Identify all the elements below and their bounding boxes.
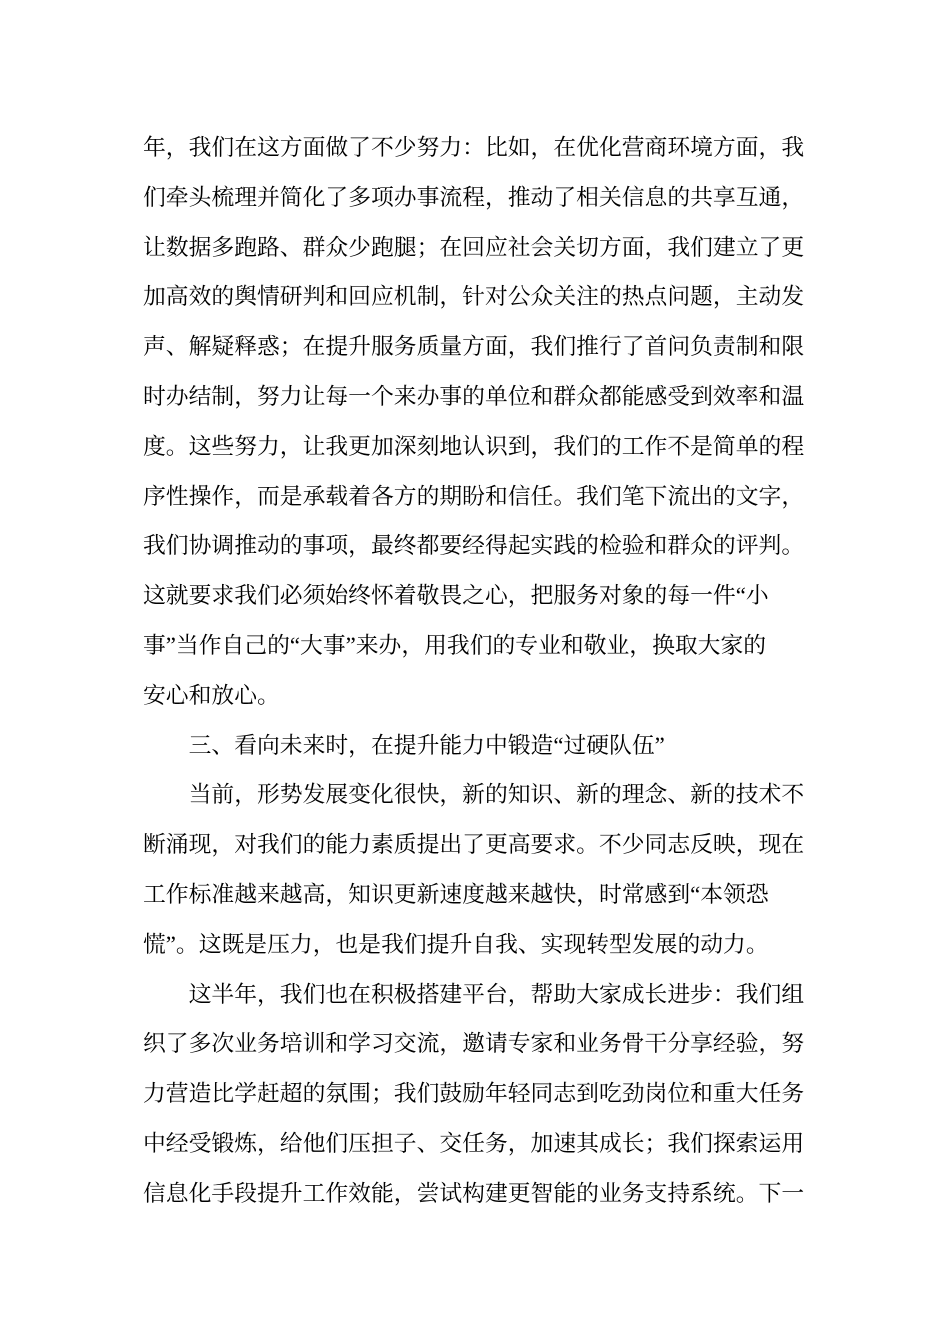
document-line: 年，我们在这方面做了不少努力：比如，在优化营商环境方面，我 bbox=[143, 123, 807, 173]
document-line: 工作标准越来越高，知识更新速度越来越快，时常感到“本领恐 bbox=[143, 870, 807, 920]
document-line: 加高效的舆情研判和回应机制，针对公众关注的热点问题，主动发 bbox=[143, 272, 807, 322]
document-line: 力营造比学赶超的氛围；我们鼓励年轻同志到吃劲岗位和重大任务 bbox=[143, 1069, 807, 1119]
document-line: 这就要求我们必须始终怀着敬畏之心，把服务对象的每一件“小 bbox=[143, 571, 807, 621]
document-line: 事”当作自己的“大事”来办，用我们的专业和敬业，换取大家的 bbox=[143, 621, 807, 671]
document-line: 织了多次业务培训和学习交流，邀请专家和业务骨干分享经验，努 bbox=[143, 1019, 807, 1069]
document-line: 中经受锻炼，给他们压担子、交任务，加速其成长；我们探索运用 bbox=[143, 1119, 807, 1169]
document-page: 年，我们在这方面做了不少努力：比如，在优化营商环境方面，我 们牵头梳理并简化了多… bbox=[0, 0, 950, 1344]
document-line: 们牵头梳理并简化了多项办事流程，推动了相关信息的共享互通， bbox=[143, 173, 807, 223]
document-body: 年，我们在这方面做了不少努力：比如，在优化营商环境方面，我 们牵头梳理并简化了多… bbox=[143, 123, 807, 1219]
document-line: 信息化手段提升工作效能，尝试构建更智能的业务支持系统。下一 bbox=[143, 1169, 807, 1219]
document-line: 序性操作，而是承载着各方的期盼和信任。我们笔下流出的文字， bbox=[143, 472, 807, 522]
document-line: 让数据多跑路、群众少跑腿；在回应社会关切方面，我们建立了更 bbox=[143, 223, 807, 273]
paragraph-last-line: 安心和放心。 bbox=[143, 671, 807, 721]
paragraph-last-line: 慌”。这既是压力，也是我们提升自我、实现转型发展的动力。 bbox=[143, 920, 807, 970]
paragraph-first-line: 这半年，我们也在积极搭建平台，帮助大家成长进步：我们组 bbox=[143, 970, 807, 1020]
document-line: 度。这些努力，让我更加深刻地认识到，我们的工作不是简单的程 bbox=[143, 422, 807, 472]
document-line: 时办结制，努力让每一个来办事的单位和群众都能感受到效率和温 bbox=[143, 372, 807, 422]
document-line: 我们协调推动的事项，最终都要经得起实践的检验和群众的评判。 bbox=[143, 521, 807, 571]
document-line: 声、解疑释惑；在提升服务质量方面，我们推行了首问负责制和限 bbox=[143, 322, 807, 372]
document-line: 断涌现，对我们的能力素质提出了更高要求。不少同志反映，现在 bbox=[143, 820, 807, 870]
paragraph-first-line: 当前，形势发展变化很快，新的知识、新的理念、新的技术不 bbox=[143, 770, 807, 820]
section-heading: 三、看向未来时，在提升能力中锻造“过硬队伍” bbox=[143, 721, 807, 771]
